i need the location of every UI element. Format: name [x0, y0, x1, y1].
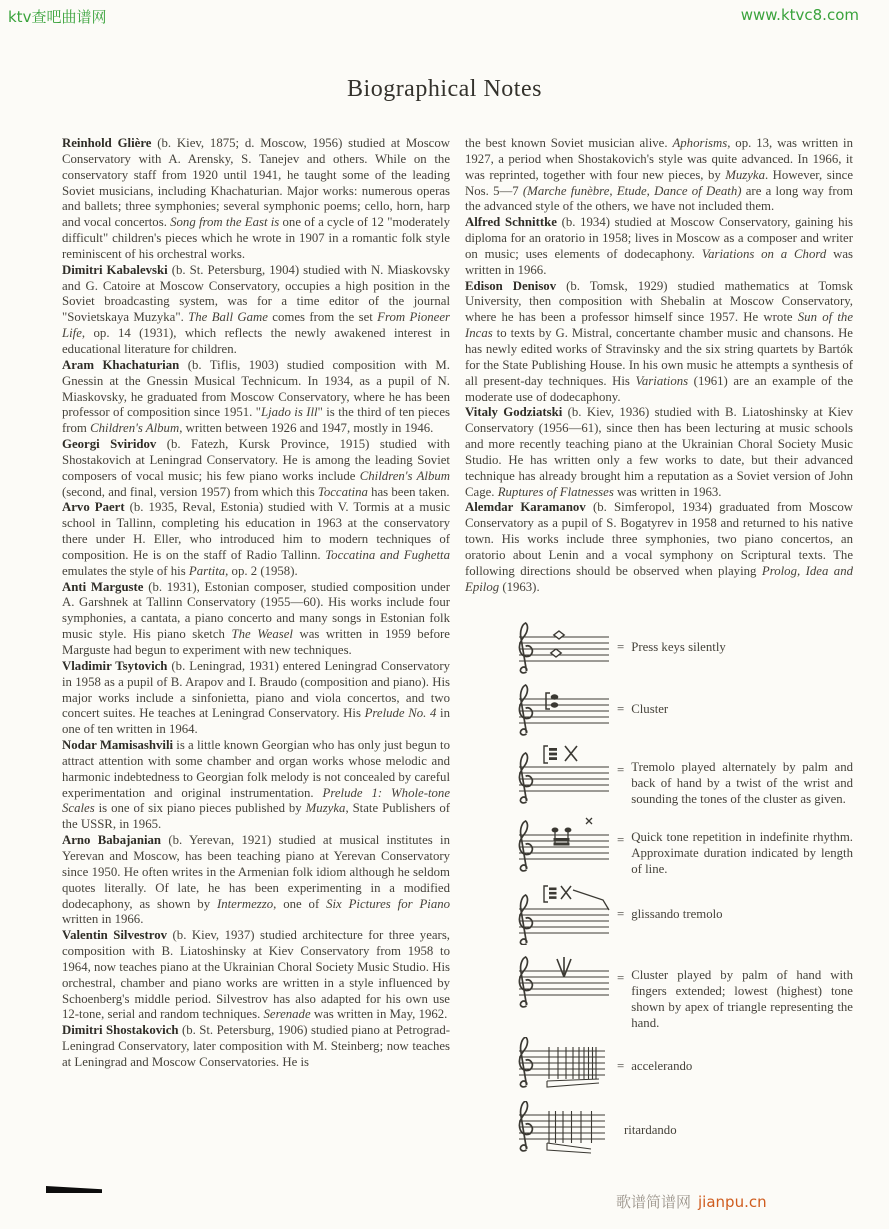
bio-text: has been taken. — [368, 485, 450, 499]
cluster-bracket-icon — [544, 746, 548, 763]
palm-cluster-icon — [513, 951, 615, 1009]
work-title: The Weasel — [231, 627, 293, 641]
legend-text: ritardando — [624, 1122, 853, 1138]
composer-name: Nodar Mamisashvili — [62, 738, 173, 752]
work-title: Variations on a Chord — [702, 247, 827, 261]
legend-row-quick-tone-repetition: = Quick tone repetition in indefinite rh… — [513, 813, 853, 877]
bio-text: comes from the set — [268, 310, 377, 324]
beam-icon — [554, 843, 570, 846]
treble-clef-icon — [519, 685, 532, 735]
bio-text: was written in May, 1962. — [311, 1007, 448, 1021]
composer-name: Dimitri Kabalevski — [62, 263, 168, 277]
bio-paragraph: Valentin Silvestrov (b. Kiev, 1937) stud… — [62, 928, 450, 1023]
composer-name: Vladimir Tsytovich — [62, 659, 167, 673]
equals-sign: = — [617, 833, 624, 849]
bio-text: , op. 14 (1931), which reflects the newl… — [62, 326, 450, 356]
watermark-top-right: www.ktvc8.com — [741, 6, 859, 24]
work-title: (Marche funèbre, Etude, Dance of Death) — [523, 184, 742, 198]
music-legend: = Press keys silently = Clu — [465, 619, 853, 1159]
equals-sign: = — [617, 1059, 624, 1075]
bio-paragraph: Arvo Paert (b. 1935, Reval, Estonia) stu… — [62, 500, 450, 579]
wedge-icon — [547, 1143, 591, 1153]
bio-text: written in 1966. — [62, 912, 143, 926]
beam-icon — [554, 838, 570, 841]
press-keys-silently-icon — [513, 619, 615, 675]
legend-text: Quick tone repetition in indefinite rhyt… — [631, 829, 853, 877]
page-title: Biographical Notes — [0, 76, 889, 103]
bio-paragraph: Vitaly Godziatski (b. Kiev, 1936) studie… — [465, 405, 853, 500]
treble-clef-icon — [519, 895, 532, 945]
bio-paragraph: Alfred Schnittke (b. 1934) studied at Mo… — [465, 215, 853, 278]
watermark-top-left: ktv查吧曲谱网 — [8, 6, 106, 27]
composer-name: Anti Marguste — [62, 580, 143, 594]
work-title: Song from the East is — [170, 215, 279, 229]
legend-text: Tremolo played alternately by palm and b… — [631, 759, 853, 807]
tremolo-x-icon — [565, 746, 577, 761]
cluster-bracket-icon — [544, 886, 548, 902]
treble-clef-icon — [519, 623, 532, 673]
equals-sign: = — [617, 907, 624, 923]
legend-text: Cluster — [631, 701, 853, 717]
bio-paragraph: Aram Khachaturian (b. Tiflis, 1903) stud… — [62, 358, 450, 437]
notehead-icon — [551, 695, 559, 700]
work-title: Aphorisms — [672, 136, 727, 150]
work-title: Toccatina — [318, 485, 368, 499]
accelerando-icon — [513, 1037, 615, 1095]
equals-sign: = — [617, 702, 624, 718]
composer-name: Alemdar Karamanov — [465, 500, 586, 514]
column-left: Reinhold Glière (b. Kiev, 1875; d. Mosco… — [62, 136, 450, 1165]
bio-paragraph: Georgi Sviridov (b. Fatezh, Kursk Provin… — [62, 437, 450, 500]
work-title: Toccatina and Fughetta — [325, 548, 450, 562]
equals-sign: = — [617, 971, 624, 987]
legend-row-press-keys-silently: = Press keys silently — [513, 619, 853, 675]
legend-text: Press keys silently — [631, 639, 853, 655]
composer-name: Dimitri Shostakovich — [62, 1023, 179, 1037]
composer-name: Edison Denisov — [465, 279, 556, 293]
legend-row-glissando-tremolo: = glissando tremolo — [513, 883, 853, 945]
bio-paragraph: Arno Babajanian (b. Yerevan, 1921) studi… — [62, 833, 450, 928]
legend-row-cluster: = Cluster — [513, 681, 853, 737]
composer-name: Reinhold Glière — [62, 136, 151, 150]
bio-text: , written between 1926 and 1947, mostly … — [179, 421, 433, 435]
bio-text: the best known Soviet musician alive. — [465, 136, 672, 150]
glissando-tremolo-icon — [513, 883, 615, 945]
diamond-notehead-icon — [554, 631, 564, 639]
scanned-page: ktv查吧曲谱网 www.ktvc8.com Biographical Note… — [0, 0, 889, 1229]
composer-name: Arno Babajanian — [62, 833, 161, 847]
text-columns: Reinhold Glière (b. Kiev, 1875; d. Mosco… — [62, 136, 853, 1165]
treble-clef-icon — [519, 1101, 532, 1151]
bio-paragraph: Vladimir Tsytovich (b. Leningrad, 1931) … — [62, 659, 450, 738]
composer-name: Vitaly Godziatski — [465, 405, 562, 419]
palm-tremolo-icon — [513, 743, 615, 805]
legend-text: accelerando — [631, 1058, 853, 1074]
bio-paragraph: Reinhold Glière (b. Kiev, 1875; d. Mosco… — [62, 136, 450, 263]
work-title: The Ball Game — [188, 310, 268, 324]
bio-paragraph: Nodar Mamisashvili is a little known Geo… — [62, 738, 450, 833]
work-title: Muzyka — [725, 168, 765, 182]
work-title: Partita — [189, 564, 225, 578]
equals-sign: = — [617, 763, 624, 779]
bio-paragraph: Anti Marguste (b. 1931), Estonian compos… — [62, 580, 450, 659]
work-title: Six Pictures for Piano — [326, 897, 450, 911]
work-title: Intermezzo — [217, 897, 273, 911]
work-title: Children's Album — [360, 469, 450, 483]
watermark-bottom-right: 歌谱简谱网jianpu.cn — [616, 1191, 767, 1212]
bio-paragraph: the best known Soviet musician alive. Ap… — [465, 136, 853, 215]
bio-paragraph: Dimitri Kabalevski (b. St. Petersburg, 1… — [62, 263, 450, 358]
notehead-icon — [551, 703, 559, 708]
bio-text: , op. 2 (1958). — [225, 564, 298, 578]
equals-sign: = — [617, 640, 624, 656]
treble-clef-icon — [519, 957, 532, 1007]
diamond-notehead-icon — [551, 649, 561, 657]
hand-triangle-icon — [557, 957, 571, 977]
wedge-icon — [547, 1079, 599, 1087]
work-title: Children's Album — [90, 421, 179, 435]
bio-text: , one of — [273, 897, 326, 911]
treble-clef-icon — [519, 821, 532, 871]
work-title: Prelude No. 4 — [365, 706, 437, 720]
glissando-line-icon — [573, 890, 609, 910]
tremolo-x-icon — [561, 886, 571, 899]
quick-tone-repetition-icon — [513, 813, 615, 873]
work-title: Variations — [635, 374, 688, 388]
cluster-bracket-icon — [546, 693, 550, 709]
work-title: Ruptures of Flatnesses — [498, 485, 614, 499]
composer-name: Alfred Schnittke — [465, 215, 557, 229]
bio-paragraph: Dimitri Shostakovich (b. St. Petersburg,… — [62, 1023, 450, 1071]
composer-name: Aram Khachaturian — [62, 358, 179, 372]
composer-name: Arvo Paert — [62, 500, 125, 514]
bio-text: (second, and final, version 1957) from w… — [62, 485, 318, 499]
work-title: Muzyka — [306, 801, 346, 815]
bio-text: is one of six piano pieces published by — [95, 801, 306, 815]
watermark-site-name: 歌谱简谱网 — [616, 1193, 691, 1211]
legend-text: Cluster played by palm of hand with fing… — [631, 967, 853, 1031]
scan-artifact — [46, 1183, 102, 1193]
bio-text: (1963). — [499, 580, 540, 594]
legend-text: glissando tremolo — [631, 906, 853, 922]
legend-row-ritardando: ritardando — [513, 1101, 853, 1159]
column-right: the best known Soviet musician alive. Ap… — [465, 136, 853, 1165]
composer-name: Georgi Sviridov — [62, 437, 156, 451]
watermark-site-url: jianpu.cn — [698, 1193, 767, 1211]
cluster-icon — [513, 681, 615, 737]
treble-clef-icon — [519, 753, 532, 803]
legend-row-palm-cluster: = Cluster played by palm of hand with fi… — [513, 951, 853, 1031]
work-title: Ljado is Ill — [261, 405, 318, 419]
ritardando-icon — [513, 1101, 615, 1159]
work-title: Serenade — [264, 1007, 311, 1021]
composer-name: Valentin Silvestrov — [62, 928, 167, 942]
legend-row-palm-tremolo: = Tremolo played alternately by palm and… — [513, 743, 853, 807]
treble-clef-icon — [519, 1037, 532, 1087]
bio-text: emulates the style of his — [62, 564, 189, 578]
legend-row-accelerando: = accelerando — [513, 1037, 853, 1095]
bio-paragraph: Alemdar Karamanov (b. Simferopol, 1934) … — [465, 500, 853, 595]
bio-paragraph: Edison Denisov (b. Tomsk, 1929) studied … — [465, 279, 853, 406]
bio-text: was written in 1963. — [614, 485, 722, 499]
